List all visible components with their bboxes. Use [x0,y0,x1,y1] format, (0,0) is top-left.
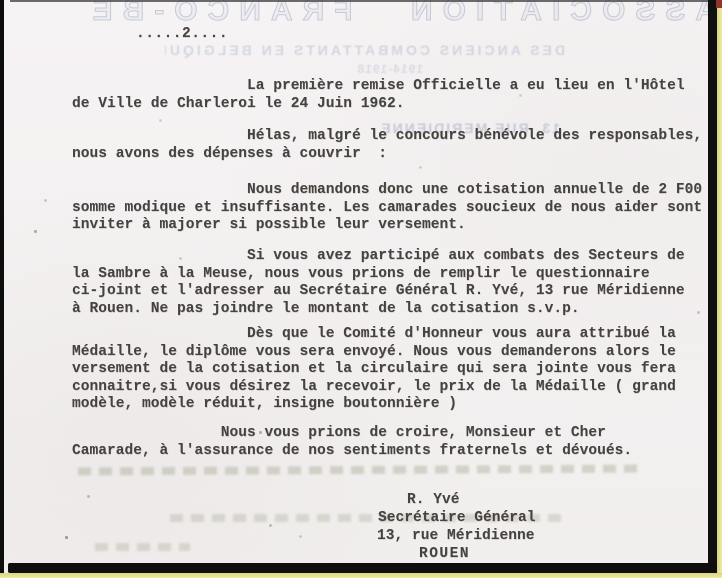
scan-border-bottom [0,573,722,578]
paragraph-medaille: Dès que le Comité d'Honneur vous aura at… [72,326,720,414]
signature-name: R. Yvé [407,492,460,510]
paragraph-salutation: Nous vous prions de croire, Monsieur et … [72,425,720,460]
paragraph-cotisation: Nous demandons donc une cotisation annue… [72,182,720,235]
page-number: .....2.... [136,26,228,44]
bleedthrough-subtitle: DES ANCIENS COMBATTANTS EN BELGIQUE [165,42,565,60]
scan-border-right [717,0,722,578]
scan-edge-top [10,0,722,2]
bleedthrough-smear [95,543,190,551]
bleedthrough-years: 1914-1918 [343,62,423,77]
scan-edge-bottom [8,563,717,573]
scanned-letter-page: ASSOCIATION FRANCO-BE DES ANCIENS COMBAT… [0,0,722,578]
paragraph-questionnaire: Si vous avez participé aux combats des S… [72,248,720,318]
paragraph-helas: Hélas, malgré le concours bénévole des r… [72,128,720,163]
bleedthrough-smear [78,465,638,476]
paragraph-premiere-remise: La première remise Officielle a eu lieu … [72,78,720,113]
signature-role: Secrétaire Général [378,510,536,528]
scan-corner-mark [716,0,722,8]
signature-address: 13, rue Méridienne [377,528,535,546]
scan-edge-right [708,0,717,578]
scan-edge-left [0,0,4,578]
